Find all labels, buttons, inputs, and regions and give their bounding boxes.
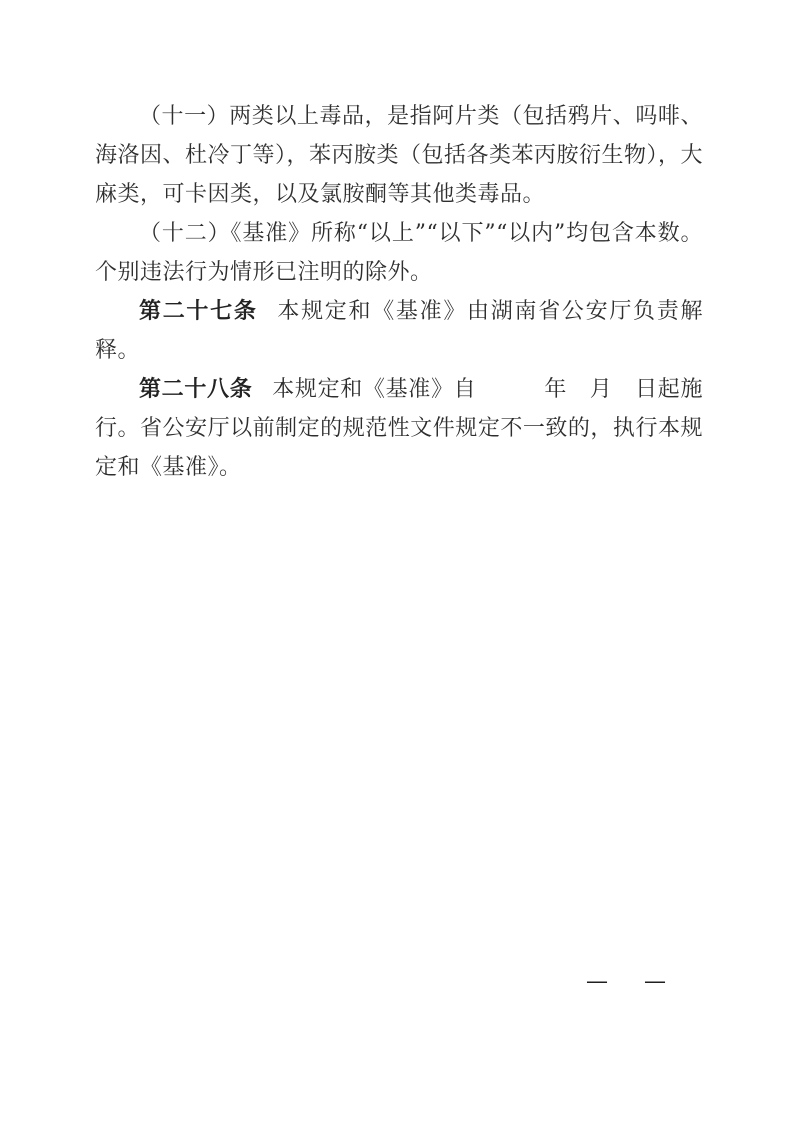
article-27-paragraph: 第二十七条本规定和《基准》由湖南省公安厅负责解释。 <box>95 292 703 370</box>
clause-paragraph-twelve: （十二）《基准》所称“以上”“以下”“以内”均包含本数。个别违法行为情形已注明的… <box>95 214 703 292</box>
page-number-dash-right: — <box>644 971 666 993</box>
page-number-marker: — — <box>586 971 666 993</box>
document-page: （十一）两类以上毒品，是指阿片类（包括鸦片、吗啡、海洛因、杜冷丁等），苯丙胺类（… <box>0 0 793 1122</box>
article-27-number: 第二十七条 <box>139 299 258 324</box>
clause-paragraph-eleven: （十一）两类以上毒品，是指阿片类（包括鸦片、吗啡、海洛因、杜冷丁等），苯丙胺类（… <box>95 97 703 214</box>
article-28-number: 第二十八条 <box>139 377 252 402</box>
document-body: （十一）两类以上毒品，是指阿片类（包括鸦片、吗啡、海洛因、杜冷丁等），苯丙胺类（… <box>95 97 703 487</box>
page-number-dash-left: — <box>586 971 608 993</box>
article-28-paragraph: 第二十八条本规定和《基准》自 年 月 日起施行。省公安厅以前制定的规范性文件规定… <box>95 370 703 487</box>
